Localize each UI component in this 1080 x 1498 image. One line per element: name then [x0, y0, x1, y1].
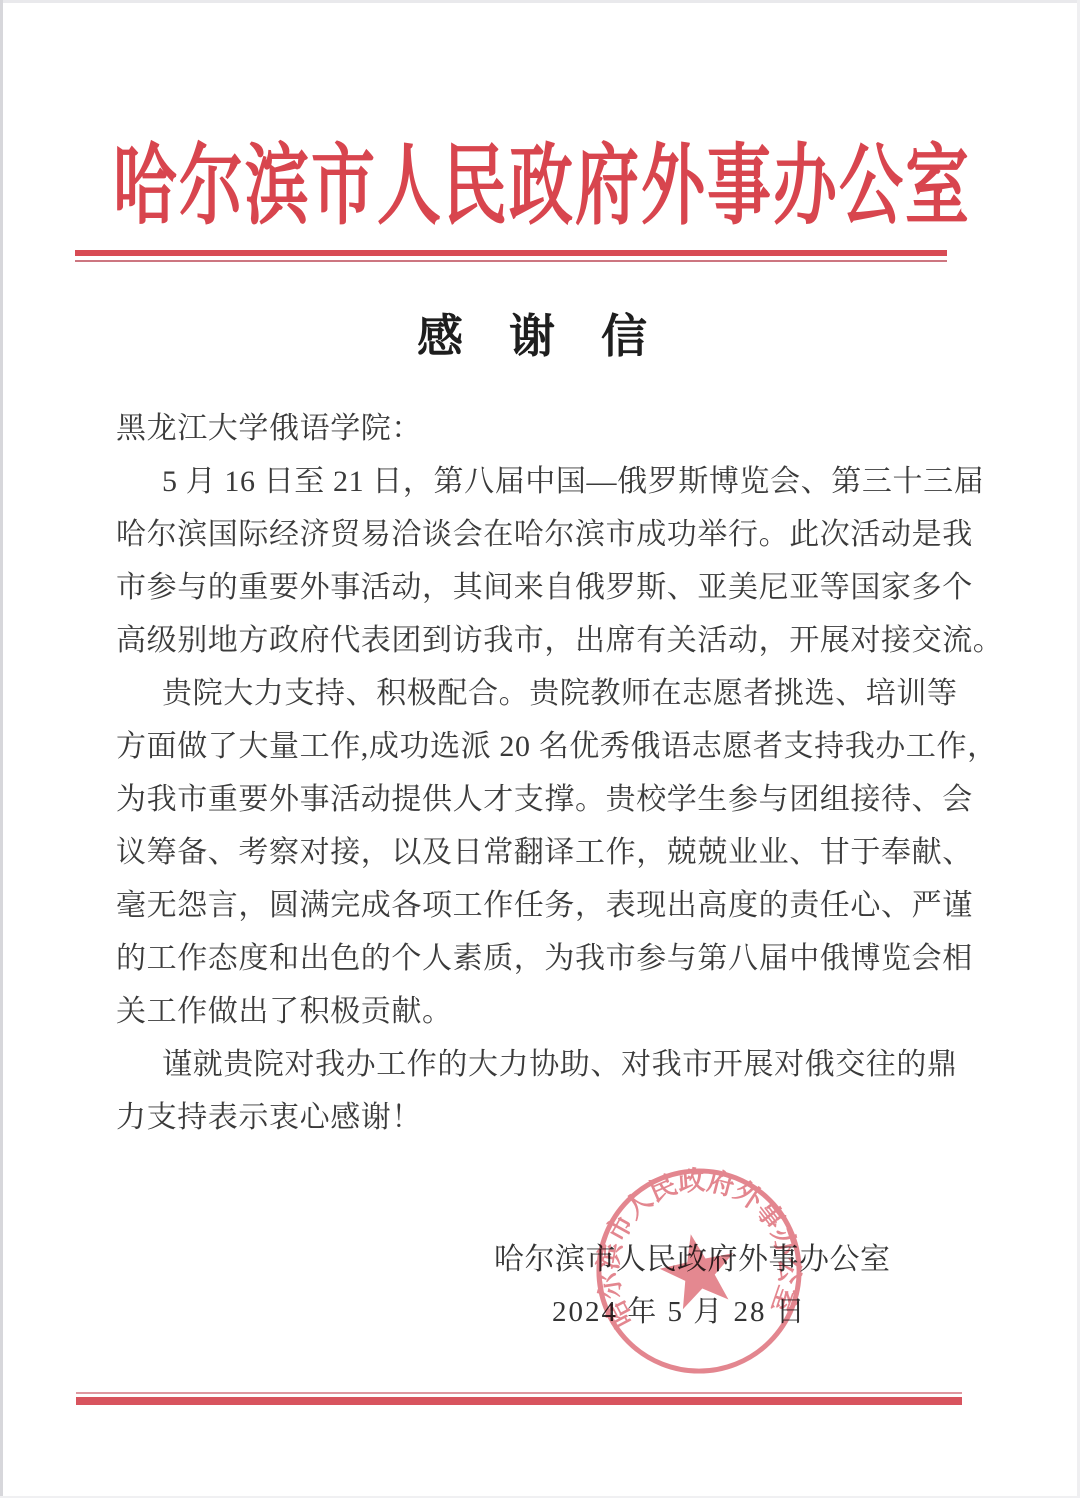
- footer-rule-thick: [76, 1397, 962, 1405]
- scanned-letter-page: 哈尔滨市人民政府外事办公室 感谢信 黑龙江大学俄语学院： 5 月 16 日至 2…: [0, 0, 1080, 1498]
- body-line: 的工作态度和出色的个人素质，为我市参与第八届中俄博览会相: [116, 932, 966, 985]
- body-line: 谨就贵院对我办工作的大力协助、对我市开展对俄交往的鼎: [116, 1038, 966, 1091]
- body-line: 5 月 16 日至 21 日，第八届中国—俄罗斯博览会、第三十三届: [116, 455, 966, 508]
- letterhead-org-name: 哈尔滨市人民政府外事办公室: [113, 143, 967, 231]
- seal-star-icon: [654, 1226, 743, 1312]
- body-line: 为我市重要外事活动提供人才支撑。贵校学生参与团组接待、会: [116, 773, 966, 826]
- body-line: 议筹备、考察对接，以及日常翻译工作，兢兢业业、甘于奉献、: [116, 826, 966, 879]
- scan-edge-top: [0, 0, 1080, 3]
- body-line: 高级别地方政府代表团到访我市，出席有关活动，开展对接交流。: [116, 614, 966, 667]
- body-line: 力支持表示衷心感谢！: [116, 1091, 966, 1144]
- footer-rule-thin: [76, 1392, 962, 1394]
- body-line: 关工作做出了积极贡献。: [116, 985, 966, 1038]
- body-line: 方面做了大量工作,成功选派 20 名优秀俄语志愿者支持我办工作，: [116, 720, 966, 773]
- letterhead-rule-thin: [75, 260, 947, 262]
- body-line: 哈尔滨国际经济贸易洽谈会在哈尔滨市成功举行。此次活动是我: [116, 508, 966, 561]
- official-seal: 哈尔滨市人民政府外事办公室: [590, 1162, 808, 1380]
- letterhead-rule-thick: [75, 250, 947, 256]
- letter-body: 黑龙江大学俄语学院： 5 月 16 日至 21 日，第八届中国—俄罗斯博览会、第…: [116, 402, 966, 1144]
- scan-edge-left: [0, 0, 3, 1498]
- body-line: 贵院大力支持、积极配合。贵院教师在志愿者挑选、培训等: [116, 667, 966, 720]
- body-line: 毫无怨言，圆满完成各项工作任务，表现出高度的责任心、严谨: [116, 879, 966, 932]
- document-title: 感谢信: [417, 312, 693, 363]
- body-line: 市参与的重要外事活动，其间来自俄罗斯、亚美尼亚等国家多个: [116, 561, 966, 614]
- salutation-line: 黑龙江大学俄语学院：: [116, 402, 966, 455]
